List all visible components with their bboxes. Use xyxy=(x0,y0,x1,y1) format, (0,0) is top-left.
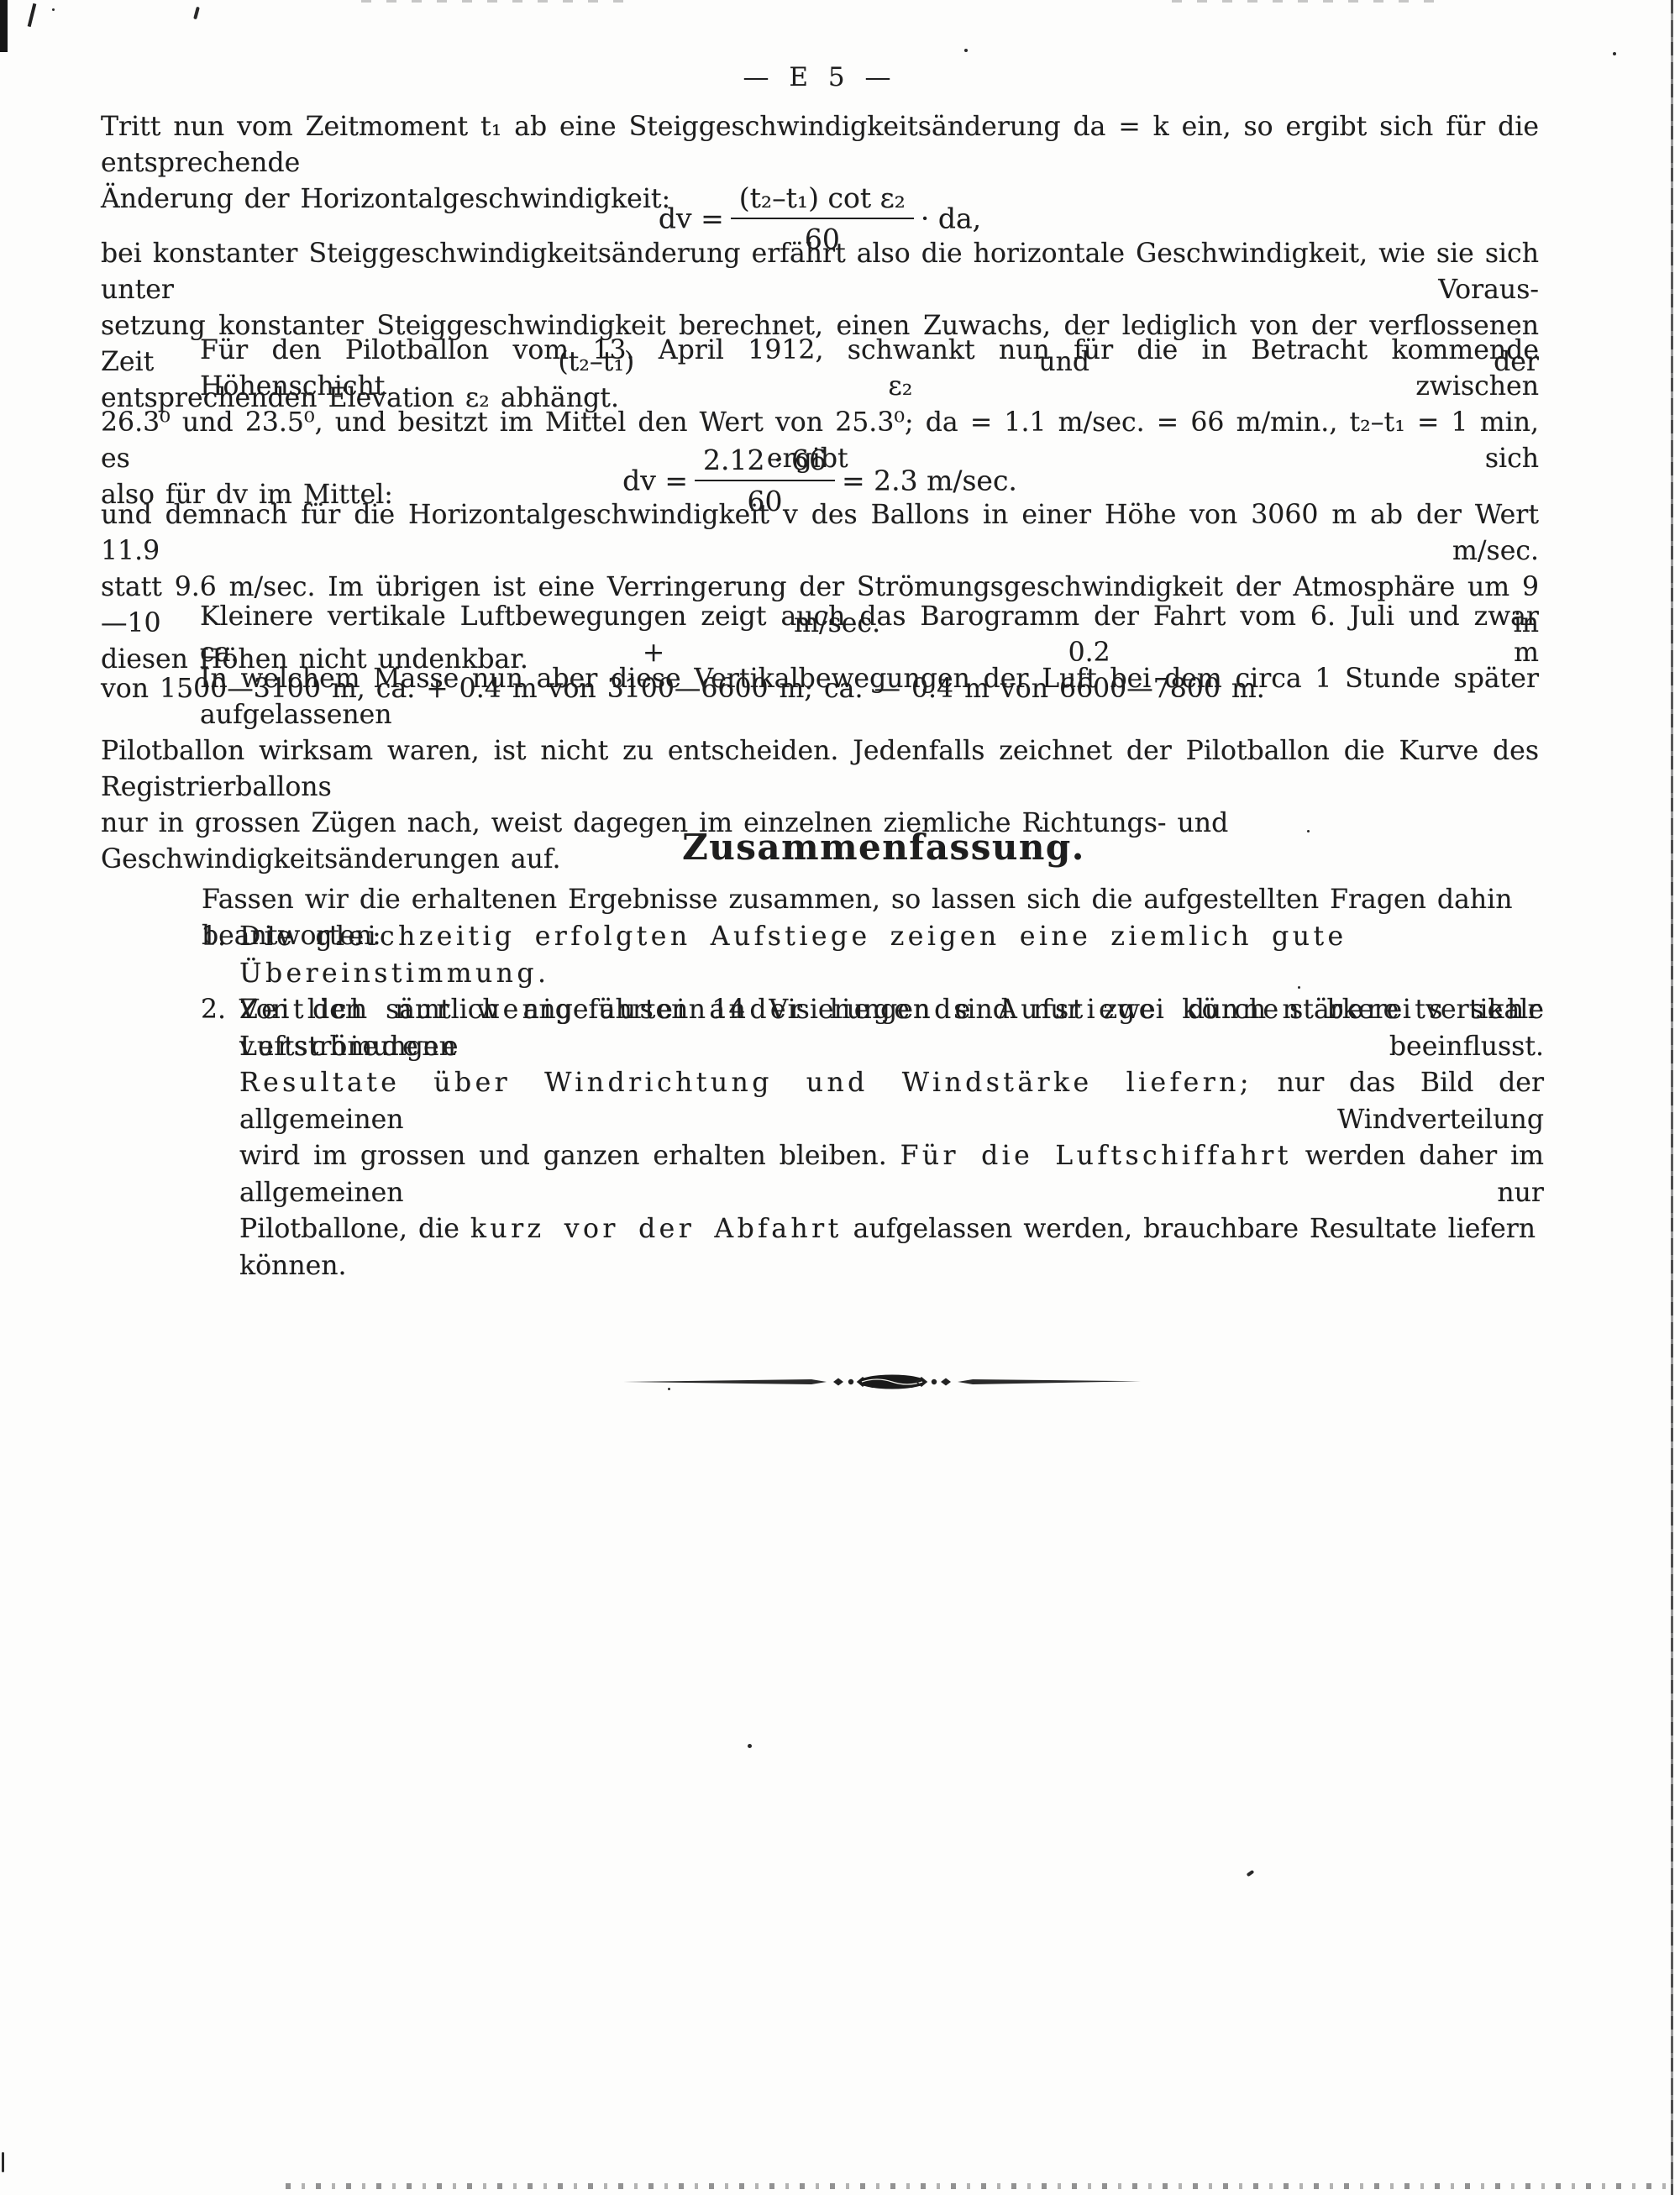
scan-speck xyxy=(52,8,55,11)
scan-speck xyxy=(28,3,37,27)
scan-edge-line xyxy=(1671,0,1673,2195)
plain-text: Pilotballone, die xyxy=(239,1214,459,1244)
page-number-header: — E 5 — xyxy=(101,62,1539,92)
emphasized-text: Resultate über Windrichtung und Windstär… xyxy=(239,1068,1252,1098)
text-line: wird im grossen und ganzen erhalten blei… xyxy=(239,1138,1544,1211)
fraction-numerator: (t₂–t₁) cot ε₂ xyxy=(731,181,914,219)
scan-corner-mark xyxy=(0,0,8,52)
scan-speck xyxy=(748,1744,752,1748)
scan-speck xyxy=(1307,830,1310,832)
equals-sign: = xyxy=(664,465,688,497)
section-heading: Zusammenfassung. xyxy=(165,827,1603,868)
scan-speck xyxy=(668,1388,670,1390)
text-line: Die gleichzeitig erfolgten Aufstiege zei… xyxy=(239,919,1544,992)
emphasized-text: kurz vor der Abfahrt xyxy=(470,1214,843,1244)
scan-edge-dashes xyxy=(1172,0,1449,3)
text-line: Für den Pilotballon vom 13. April 1912, … xyxy=(101,333,1539,405)
scan-edge-dashes xyxy=(286,2183,1670,2189)
scan-speck xyxy=(1040,827,1042,829)
text-line: Pilotballone, die kurz vor der Abfahrt a… xyxy=(239,1211,1544,1284)
scan-speck xyxy=(964,49,968,52)
fraction-numerator: 2.12 · 66 xyxy=(695,444,835,481)
list-number: 1. xyxy=(201,919,226,956)
formula-result: = 2.3 m/sec. xyxy=(842,465,1017,497)
scanned-paper-page: — E 5 — Tritt nun vom Zeitmoment t₁ ab e… xyxy=(0,0,1680,2195)
text-line: In welchem Masse nun aber diese Vertikal… xyxy=(101,661,1539,733)
summary-item-2: 2. Zeitlich nur wenig auseinander liegen… xyxy=(239,992,1544,1284)
scan-speck xyxy=(1298,986,1300,989)
scan-speck xyxy=(1247,1870,1255,1877)
divider-flourish-icon xyxy=(622,1371,1142,1393)
scan-edge-dashes xyxy=(361,0,638,3)
text-line: und demnach für die Horizontalgeschwindi… xyxy=(101,497,1539,570)
emphasized-text: Für die Luftschiffahrt xyxy=(900,1141,1292,1171)
text-line: Resultate über Windrichtung und Windstär… xyxy=(239,1065,1544,1138)
plain-text: wird im grossen und ganzen erhalten blei… xyxy=(239,1141,887,1171)
equals-sign: = xyxy=(701,202,724,235)
formula-lhs: dv xyxy=(659,202,692,235)
formula-rhs: · da, xyxy=(921,202,981,235)
text-line: Zeitlich nur wenig auseinander liegende … xyxy=(239,992,1544,1065)
formula-lhs: dv xyxy=(622,465,656,497)
text-line: bei konstanter Steiggeschwindigkeitsände… xyxy=(101,236,1539,308)
scan-speck xyxy=(2,2152,4,2172)
text-line: Pilotballon wirksam waren, ist nicht zu … xyxy=(101,733,1539,806)
ornament-divider xyxy=(622,1371,1142,1393)
list-number: 2. xyxy=(201,992,226,1029)
scan-speck xyxy=(193,7,200,20)
text-line: Tritt nun vom Zeitmoment t₁ ab eine Stei… xyxy=(101,109,1539,181)
scan-speck xyxy=(1613,52,1616,55)
